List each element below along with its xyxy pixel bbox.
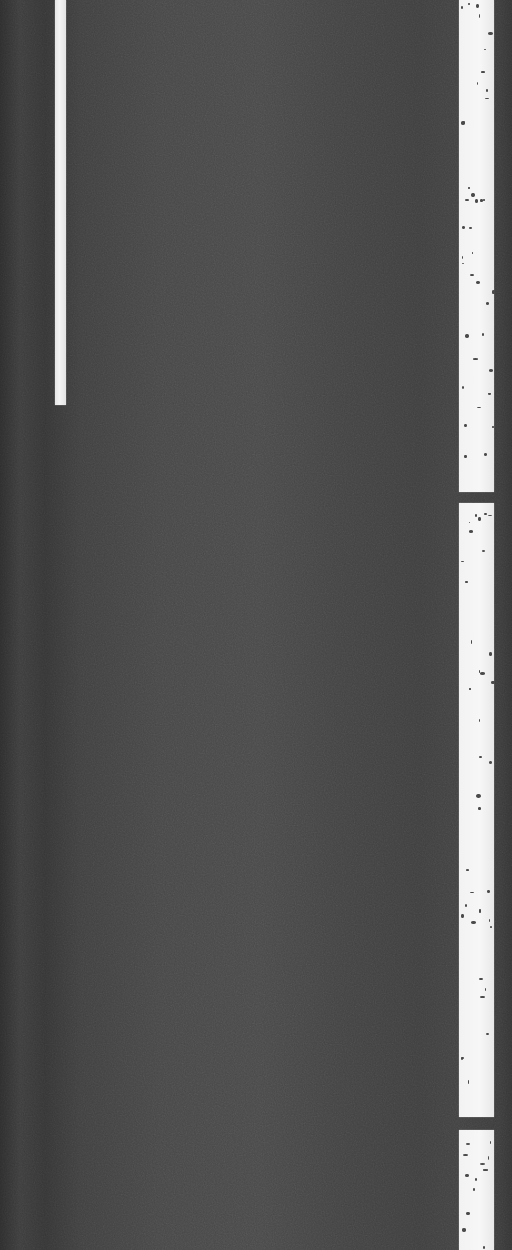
- wear-speck: [478, 807, 481, 810]
- wear-speck: [462, 386, 464, 389]
- wear-speck: [468, 187, 471, 189]
- wear-speck: [477, 82, 478, 86]
- wear-speck: [475, 1178, 477, 1181]
- wear-speck: [479, 14, 480, 17]
- wear-speck: [479, 756, 482, 758]
- right-lane-stripe-segment: [459, 1130, 494, 1250]
- wear-speck: [479, 909, 480, 913]
- wear-speck: [486, 302, 489, 305]
- wear-speck: [466, 1143, 470, 1145]
- wear-speck: [461, 914, 464, 918]
- left-edge-line: [55, 0, 66, 405]
- wear-speck: [486, 1033, 489, 1035]
- wear-speck: [465, 581, 469, 583]
- wear-speck: [466, 869, 469, 871]
- wear-speck: [480, 672, 485, 675]
- wear-speck: [492, 426, 494, 427]
- asphalt-texture: [0, 0, 512, 1250]
- wear-speck: [489, 761, 492, 764]
- wear-speck: [483, 1169, 488, 1170]
- wear-speck: [480, 996, 485, 998]
- wear-speck: [490, 926, 492, 928]
- wear-speck: [473, 358, 478, 360]
- wear-speck: [471, 193, 475, 197]
- wear-speck: [476, 4, 479, 8]
- wear-speck: [475, 199, 478, 203]
- wear-speck: [477, 407, 481, 408]
- wear-speck: [484, 453, 487, 456]
- wear-speck: [463, 1154, 468, 1156]
- wear-speck: [469, 688, 470, 689]
- wear-speck: [462, 1228, 467, 1232]
- wear-speck: [481, 71, 484, 73]
- right-lane-stripe-segment: [459, 503, 494, 1117]
- wear-speck: [462, 226, 465, 229]
- wear-speck: [480, 1163, 485, 1165]
- wear-speck: [491, 681, 495, 685]
- wear-speck: [484, 513, 486, 515]
- right-lane-stripe-segment: [459, 0, 494, 492]
- wear-speck: [483, 199, 484, 201]
- wear-speck: [483, 1246, 485, 1249]
- wear-speck: [488, 32, 493, 35]
- wear-speck: [463, 121, 465, 124]
- wear-speck: [469, 530, 473, 533]
- wear-speck: [473, 1188, 475, 1191]
- wear-speck: [492, 290, 496, 293]
- wear-speck: [489, 919, 490, 922]
- wear-speck: [479, 719, 480, 722]
- wear-speck: [464, 455, 466, 458]
- wear-speck: [484, 49, 486, 50]
- wear-speck: [465, 334, 469, 338]
- wear-speck: [480, 199, 483, 202]
- wear-speck: [478, 517, 481, 520]
- wear-speck: [489, 369, 493, 372]
